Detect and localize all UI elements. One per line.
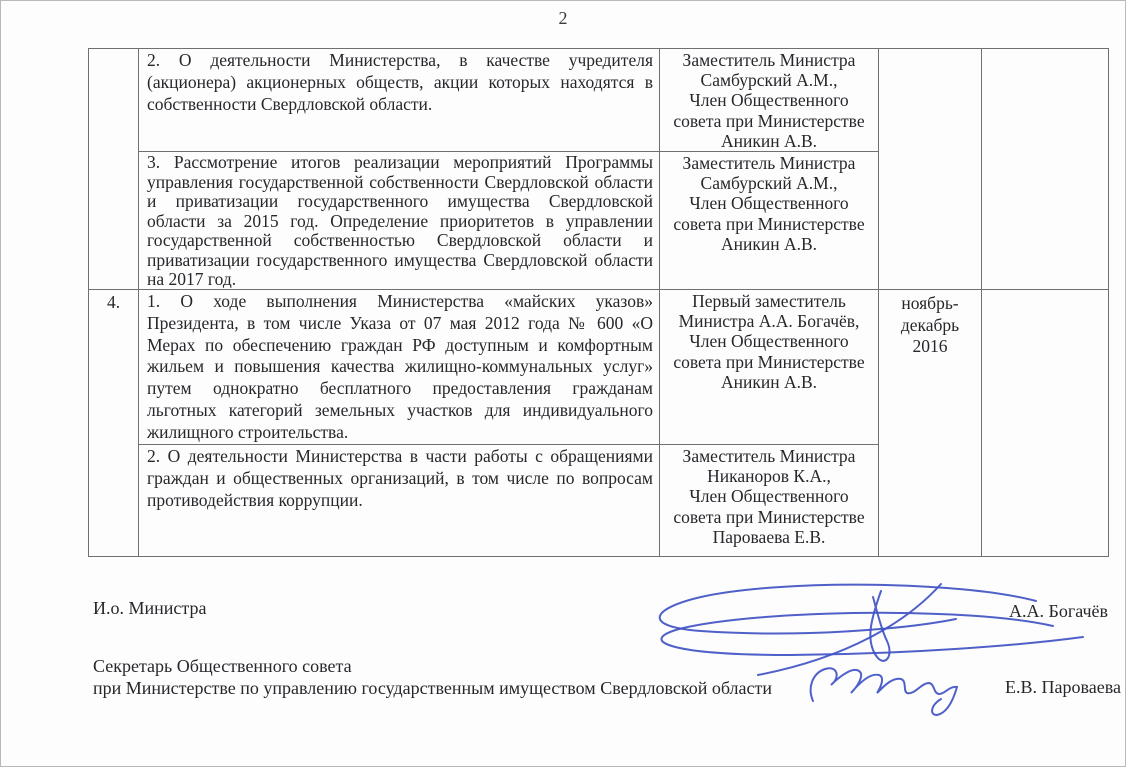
row-number <box>89 49 138 51</box>
topic-text: 2. О деятельности Министерства в части р… <box>139 445 659 555</box>
topic-text: 3. Рассмотрение итогов реализации меропр… <box>139 152 659 288</box>
row-number-cell <box>89 49 139 290</box>
topic-cell: 3. Рассмотрение итогов реализации меропр… <box>139 152 660 290</box>
responsible-text: Заместитель Министра Самбурский А.М., Чл… <box>660 49 878 151</box>
table-row: 4. 1. О ходе выполнения Министерства «ма… <box>89 290 1109 445</box>
responsible-cell: Заместитель Министра Самбурский А.М., Чл… <box>660 152 879 290</box>
responsible-text: Первый заместитель Министра А.А. Богачёв… <box>660 290 878 444</box>
date-cell <box>879 49 982 290</box>
signature-scribble-bogachev <box>660 584 1083 675</box>
signer-role-acting-minister: И.о. Министра <box>93 598 206 619</box>
page-number: 2 <box>1 8 1125 29</box>
responsible-text: Заместитель Министра Никаноров К.А., Чле… <box>660 445 878 556</box>
note-cell <box>982 49 1109 290</box>
topic-cell: 2. О деятельности Министерства в части р… <box>139 445 660 557</box>
date-text <box>879 49 981 52</box>
date-text: ноябрь- декабрь 2016 <box>879 290 981 358</box>
signature-scribble-parovaeva <box>811 668 957 715</box>
table-row: 2. О деятельности Министерства, в качест… <box>89 49 1109 152</box>
signatures-overlay <box>591 566 1121 726</box>
responsible-cell: Первый заместитель Министра А.А. Богачёв… <box>660 290 879 445</box>
scanned-document-page: 2 2. О деятельности Министерства, в каче… <box>0 0 1126 767</box>
row-number: 4. <box>89 290 138 313</box>
row-number-cell: 4. <box>89 290 139 557</box>
topic-cell: 1. О ходе выполнения Министерства «майск… <box>139 290 660 445</box>
date-cell: ноябрь- декабрь 2016 <box>879 290 982 557</box>
topic-text: 2. О деятельности Министерства, в качест… <box>139 49 659 150</box>
note-cell <box>982 290 1109 557</box>
responsible-cell: Заместитель Министра Никаноров К.А., Чле… <box>660 445 879 557</box>
agenda-table: 2. О деятельности Министерства, в качест… <box>88 48 1109 557</box>
responsible-cell: Заместитель Министра Самбурский А.М., Чл… <box>660 49 879 152</box>
topic-cell: 2. О деятельности Министерства, в качест… <box>139 49 660 152</box>
responsible-text: Заместитель Министра Самбурский А.М., Чл… <box>660 152 878 289</box>
topic-text: 1. О ходе выполнения Министерства «майск… <box>139 290 659 443</box>
